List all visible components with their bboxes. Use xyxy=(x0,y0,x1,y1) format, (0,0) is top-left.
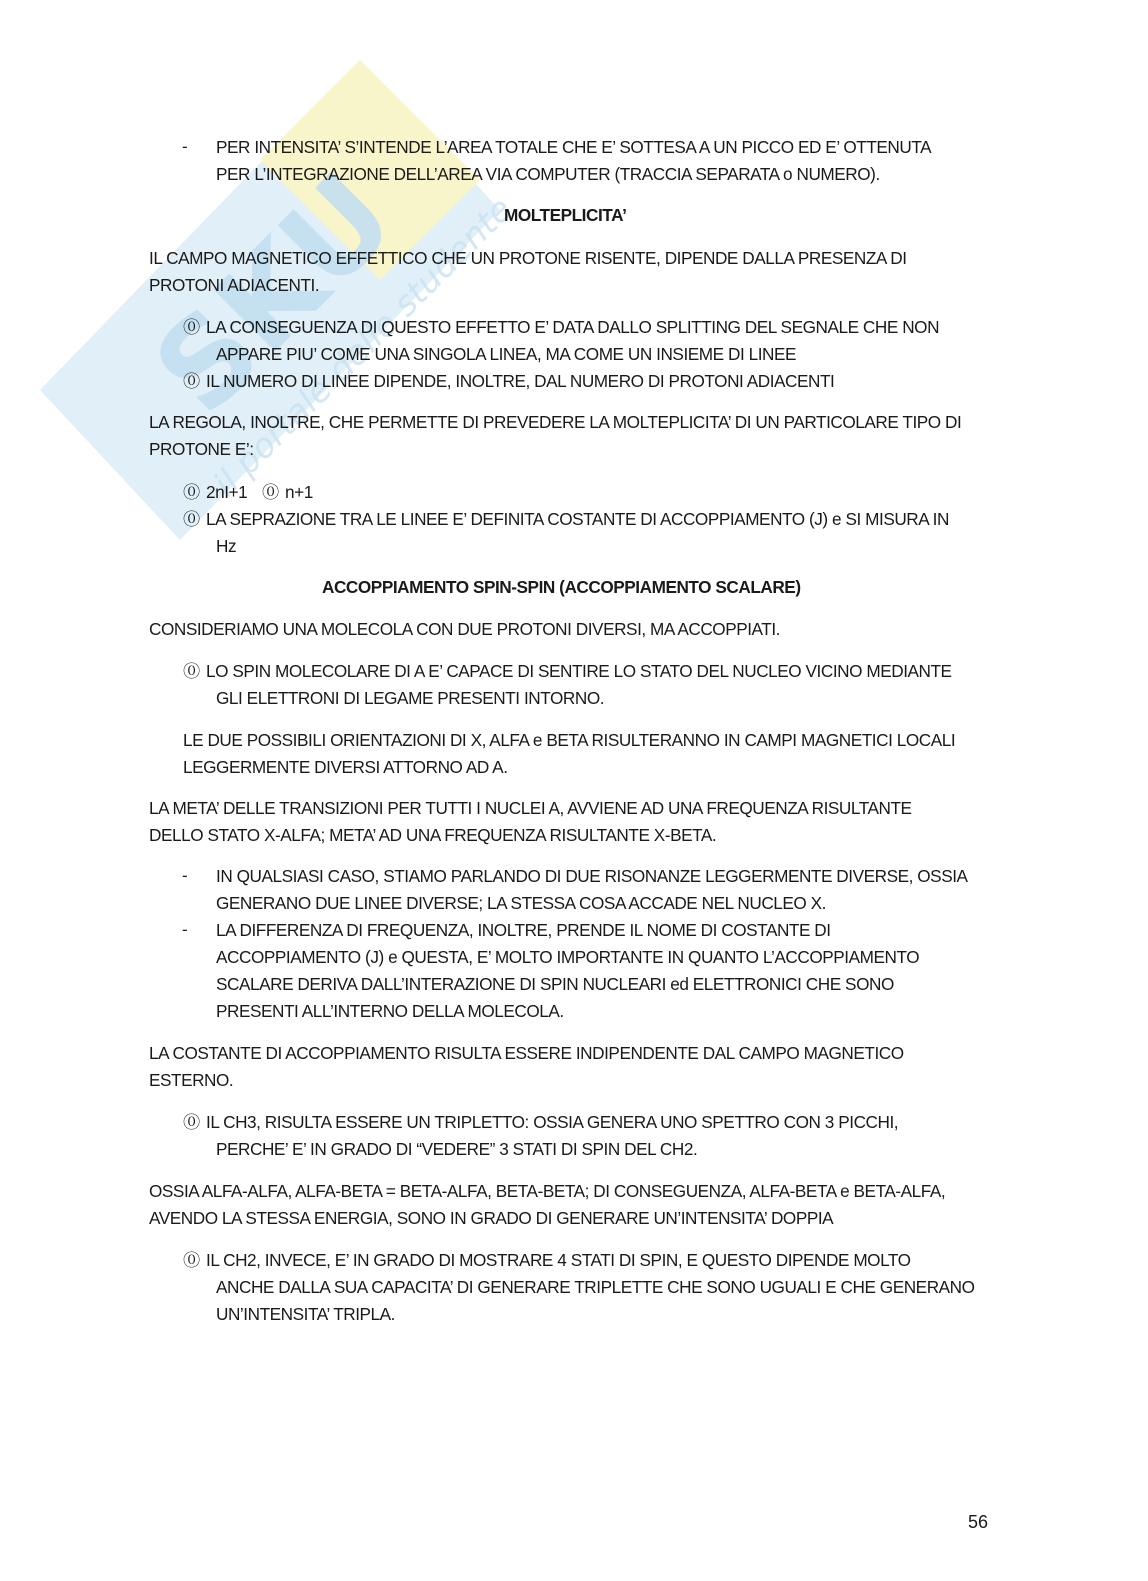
paragraph-ossia-line-1: OSSIA ALFA-ALFA, ALFA-BETA = BETA-ALFA, … xyxy=(149,1178,945,1205)
circle-bullet-icon: ⓪ xyxy=(183,1109,200,1136)
circle-bullet-icon: ⓪ xyxy=(183,368,200,395)
bullet-separazione-line-1: LA SEPRAZIONE TRA LE LINEE E’ DEFINITA C… xyxy=(206,506,949,533)
dash-differenza-line-2: ACCOPPIAMENTO (J) e QUESTA, E’ MOLTO IMP… xyxy=(216,944,919,971)
paragraph-regola-line-1: LA REGOLA, INOLTRE, CHE PERMETTE DI PREV… xyxy=(149,409,961,436)
bullet-conseguenza-line-1: LA CONSEGUENZA DI QUESTO EFFETTO E’ DATA… xyxy=(206,314,939,341)
circle-bullet-icon: ⓪ xyxy=(183,1247,200,1274)
intensity-line-1: PER INTENSITA’ S’INTENDE L’AREA TOTALE C… xyxy=(216,134,931,161)
bullet-ch3-line-2: PERCHE’ E’ IN GRADO DI “VEDERE” 3 STATI … xyxy=(216,1136,697,1163)
dash-risonanze-line-2: GENERANO DUE LINEE DIVERSE; LA STESSA CO… xyxy=(216,890,826,917)
dash-bullet: - xyxy=(182,920,188,940)
page-number: 56 xyxy=(968,1512,988,1533)
paragraph-orientazioni-line-2: LEGGERMENTE DIVERSI ATTORNO AD A. xyxy=(183,754,508,781)
paragraph-campo-line-1: IL CAMPO MAGNETICO EFFETTICO CHE UN PROT… xyxy=(149,245,907,272)
formula-n1: n+1 xyxy=(285,479,313,506)
bullet-spin-molecolare-line-1: LO SPIN MOLECOLARE DI A E’ CAPACE DI SEN… xyxy=(206,658,952,685)
circle-bullet-icon: ⓪ xyxy=(183,479,200,506)
heading-accoppiamento-spin-spin: ACCOPPIAMENTO SPIN-SPIN (ACCOPPIAMENTO S… xyxy=(322,574,801,601)
bullet-ch2-line-2: ANCHE DALLA SUA CAPACITA’ DI GENERARE TR… xyxy=(216,1274,975,1301)
circle-bullet-icon: ⓪ xyxy=(183,506,200,533)
bullet-numero-linee: IL NUMERO DI LINEE DIPENDE, INOLTRE, DAL… xyxy=(206,368,834,395)
dash-bullet: - xyxy=(182,137,188,157)
circle-bullet-icon: ⓪ xyxy=(262,479,279,506)
paragraph-regola-line-2: PROTONE E’: xyxy=(149,436,254,463)
paragraph-campo-line-2: PROTONI ADIACENTI. xyxy=(149,272,319,299)
bullet-ch3-line-1: IL CH3, RISULTA ESSERE UN TRIPLETTO: OSS… xyxy=(206,1109,898,1136)
dash-differenza-line-3: SCALARE DERIVA DALL’INTERAZIONE DI SPIN … xyxy=(216,971,894,998)
heading-molteplicita: MOLTEPLICITA’ xyxy=(504,202,626,229)
paragraph-orientazioni-line-1: LE DUE POSSIBILI ORIENTAZIONI DI X, ALFA… xyxy=(183,727,955,754)
bullet-spin-molecolare-line-2: GLI ELETTRONI DI LEGAME PRESENTI INTORNO… xyxy=(216,685,604,712)
bullet-ch2-line-3: UN’INTENSITA’ TRIPLA. xyxy=(216,1301,395,1328)
circle-bullet-icon: ⓪ xyxy=(183,314,200,341)
dash-bullet: - xyxy=(182,866,188,886)
dash-differenza-line-4: PRESENTI ALL’INTERNO DELLA MOLECOLA. xyxy=(216,998,564,1025)
bullet-conseguenza-line-2: APPARE PIU’ COME UNA SINGOLA LINEA, MA C… xyxy=(216,341,796,368)
dash-differenza-line-1: LA DIFFERENZA DI FREQUENZA, INOLTRE, PRE… xyxy=(216,917,831,944)
formula-2ni1: 2nI+1 xyxy=(206,479,247,506)
bullet-ch2-line-1: IL CH2, INVECE, E’ IN GRADO DI MOSTRARE … xyxy=(206,1247,911,1274)
circle-bullet-icon: ⓪ xyxy=(183,658,200,685)
paragraph-costante-line-1: LA COSTANTE DI ACCOPPIAMENTO RISULTA ESS… xyxy=(149,1040,904,1067)
intensity-line-2: PER L’INTEGRAZIONE DELL’AREA VIA COMPUTE… xyxy=(216,161,880,188)
document-page: SKU il portale dello studente - PER INTE… xyxy=(0,0,1148,1581)
paragraph-costante-line-2: ESTERNO. xyxy=(149,1067,233,1094)
bullet-separazione-line-2: Hz xyxy=(216,533,236,560)
paragraph-ossia-line-2: AVENDO LA STESSA ENERGIA, SONO IN GRADO … xyxy=(149,1205,833,1232)
paragraph-meta-line-2: DELLO STATO X-ALFA; META’ AD UNA FREQUEN… xyxy=(149,822,716,849)
paragraph-consideriamo: CONSIDERIAMO UNA MOLECOLA CON DUE PROTON… xyxy=(149,616,780,643)
paragraph-meta-line-1: LA META’ DELLE TRANSIZIONI PER TUTTI I N… xyxy=(149,795,912,822)
dash-risonanze-line-1: IN QUALSIASI CASO, STIAMO PARLANDO DI DU… xyxy=(216,863,968,890)
